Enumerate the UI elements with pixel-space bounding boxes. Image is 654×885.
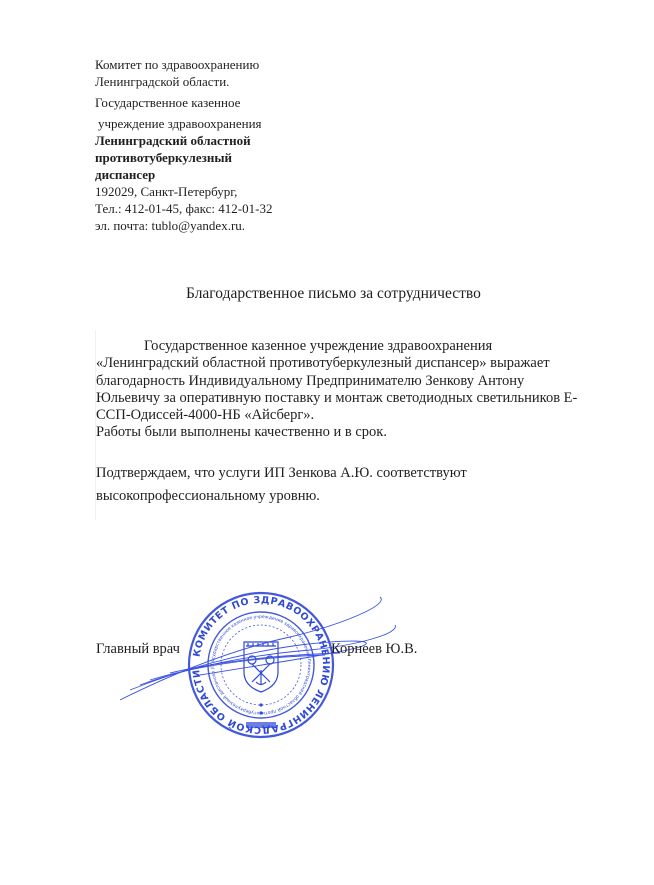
institution-name-line-3: диспансер [95,166,272,183]
letter-title: Благодарственное письмо за сотрудничеств… [186,285,481,303]
body-line: Юльевичу за оперативную поставку и монта… [96,390,576,407]
body-line: ССП-Одиссей-4000-НБ «Айсберг». [96,407,576,424]
phone-fax: Тел.: 412-01-45, факс: 412-01-32 [95,200,272,217]
committee-line-2: Ленинградской области. [95,73,272,90]
letter-page: Комитет по здравоохранению Ленинградской… [0,0,654,885]
body-line: благодарность Индивидуальному Предприним… [96,373,576,390]
institution-name-line-2: противотуберкулезный [95,149,272,166]
confirmation-paragraph: Подтверждаем, что услуги ИП Зенкова А.Ю.… [96,462,467,508]
institution-name-line-1: Ленинградский областной [95,132,272,149]
email: эл. почта: tublo@yandex.ru. [95,217,272,234]
body-line: Работы были выполнены качественно и в ср… [96,424,576,441]
institution-line-2: учреждение здравоохранения [95,115,272,132]
confirmation-line-2: высокопрофессиональному уровню. [96,485,467,508]
body-line: «Ленинградский областной противотуберкул… [96,355,576,372]
letter-body: Государственное казенное учреждение здра… [96,338,576,442]
address: 192029, Санкт-Петербург, [95,183,272,200]
body-line: Государственное казенное учреждение здра… [96,338,576,355]
confirmation-line-1: Подтверждаем, что услуги ИП Зенкова А.Ю.… [96,462,467,485]
institution-line-1: Государственное казенное [95,94,272,111]
signatory-name: Корнеев Ю.В. [331,641,417,658]
committee-line-1: Комитет по здравоохранению [95,56,272,73]
letterhead: Комитет по здравоохранению Ленинградской… [95,56,272,234]
